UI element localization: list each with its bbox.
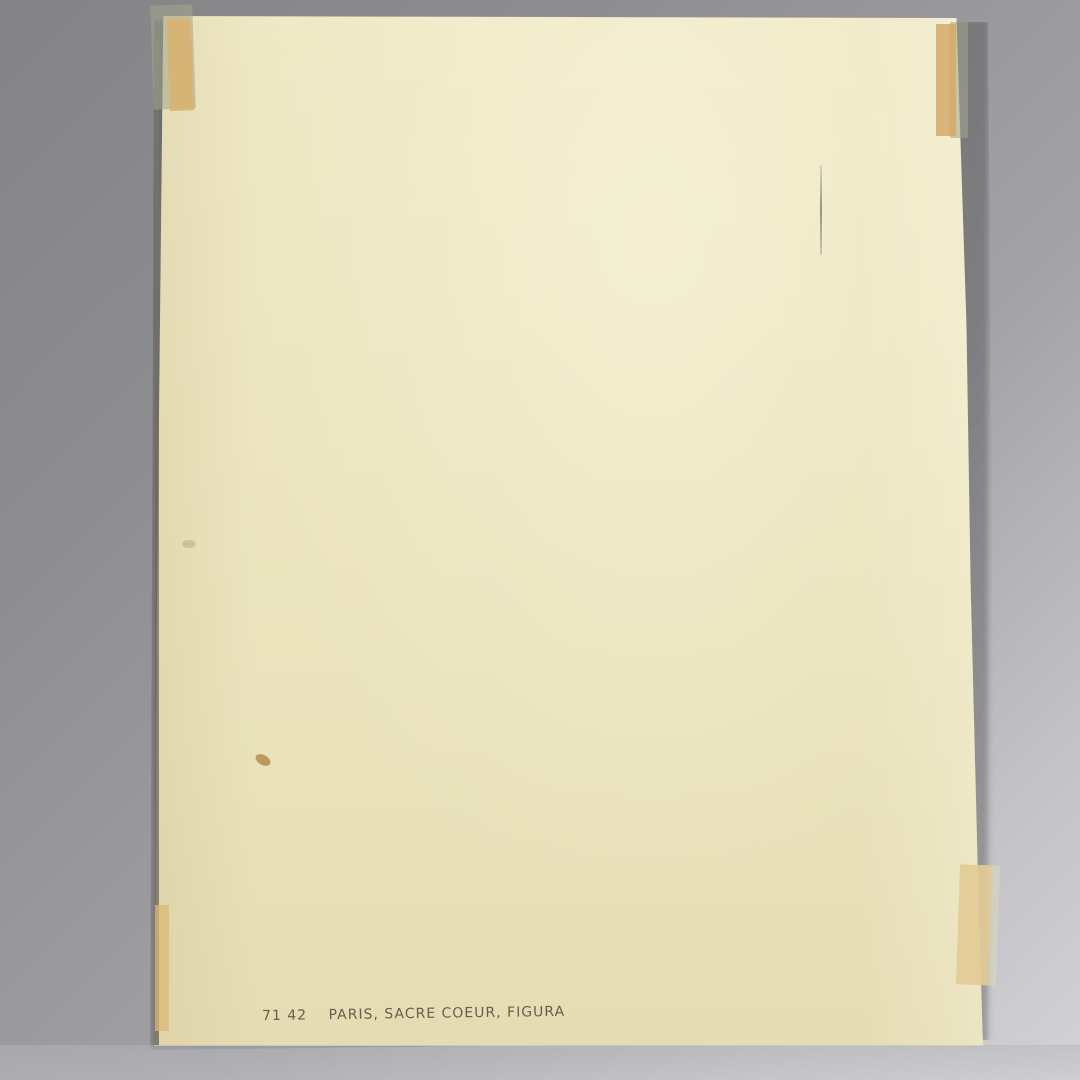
surface-bottom (0, 1045, 1080, 1080)
paper-left-edge (155, 40, 159, 1045)
tape-bottom-left (155, 905, 169, 1035)
catalog-number: 71 42 (262, 1007, 307, 1024)
inscription-text: PARIS, SACRE COEUR, FIGURA (328, 1004, 565, 1023)
stain-spot (182, 540, 196, 548)
pencil-mark (820, 165, 822, 255)
tape-top-left (150, 4, 196, 109)
paper-sheet (155, 16, 983, 1046)
tape-bottom-right (956, 864, 1000, 985)
tape-top-right (934, 22, 968, 138)
photo-scene: 71 42 PARIS, SACRE COEUR, FIGURA (0, 0, 1080, 1080)
